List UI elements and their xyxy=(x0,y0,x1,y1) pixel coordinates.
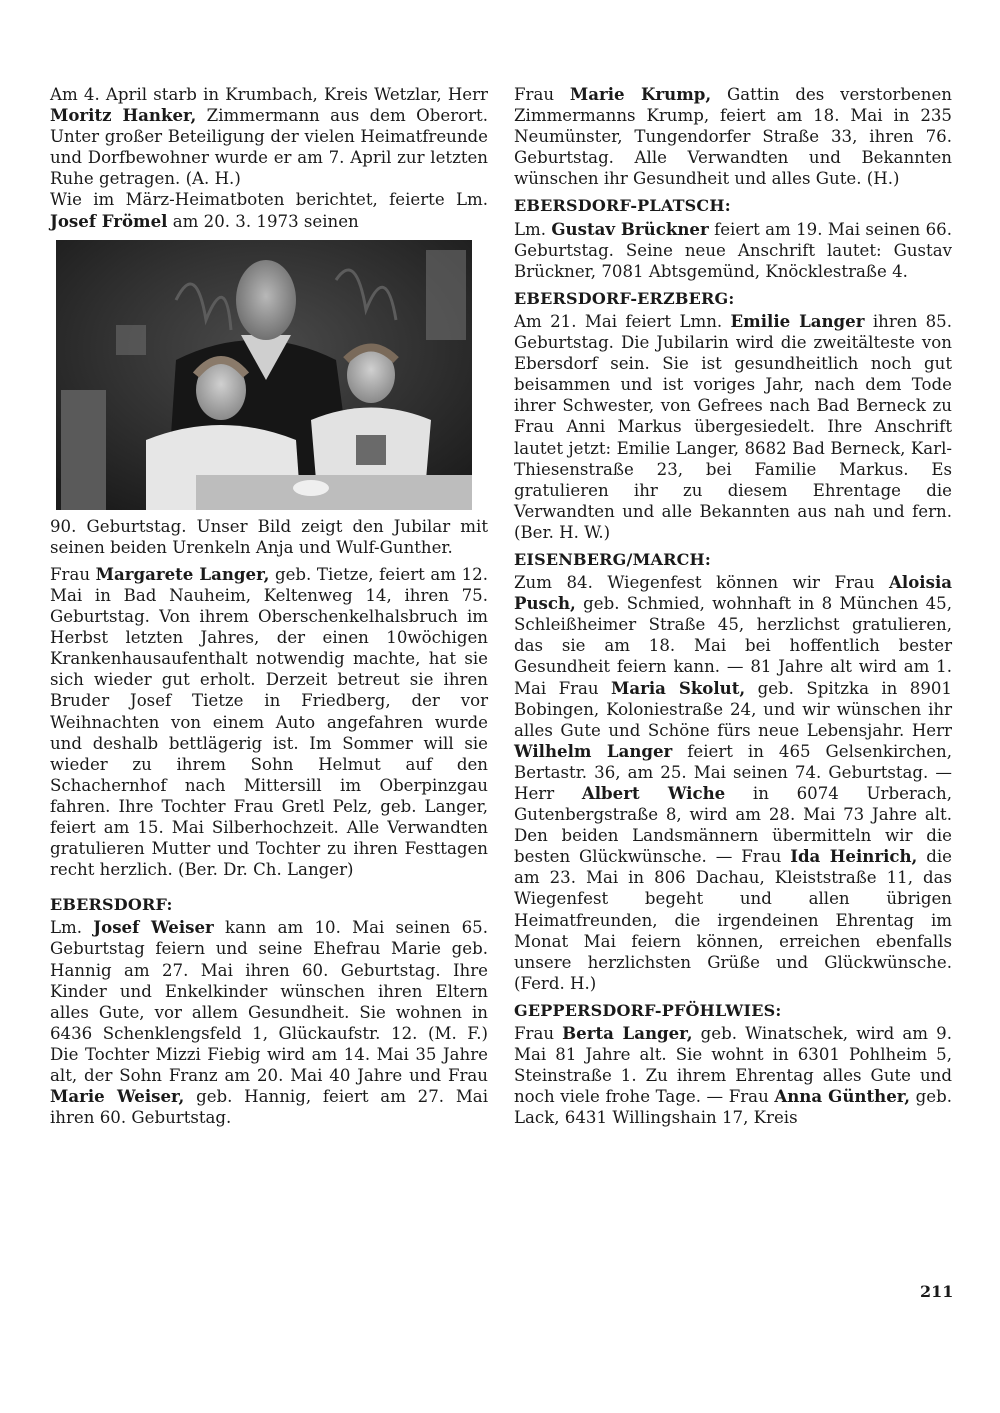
page-number: 211 xyxy=(920,1282,953,1301)
birthdays-geppersdorf: Frau Berta Langer, geb. Winatschek, wird… xyxy=(514,1023,952,1128)
left-column: Am 4. April starb in Krumbach, Kreis Wet… xyxy=(50,84,488,1128)
person-name: Albert Wiche xyxy=(582,783,725,803)
person-name: Marie Krump, xyxy=(570,84,711,104)
section-heading-ebersdorf-platsch: EBERSDORF-PLATSCH: xyxy=(514,195,952,216)
section-heading-ebersdorf-erzberg: EBERSDORF-ERZBERG: xyxy=(514,288,952,309)
section-heading-ebersdorf: EBERSDORF: xyxy=(50,894,488,915)
person-name: Anna Günther, xyxy=(774,1086,910,1106)
birthday-josef-weiser: Lm. Josef Weiser kann am 10. Mai seinen … xyxy=(50,917,488,1128)
jubilar-photo xyxy=(56,240,472,510)
person-name: Maria Skolut, xyxy=(611,678,745,698)
person-name: Ida Heinrich, xyxy=(790,846,917,866)
section-heading-eisenberg-march: EISENBERG/MARCH: xyxy=(514,549,952,570)
photo-image-icon xyxy=(56,240,472,510)
person-name: Moritz Hanker, xyxy=(50,105,196,125)
photo-caption: 90. Geburtstag. Unser Bild zeigt den Jub… xyxy=(50,516,488,558)
person-name: Josef Frömel xyxy=(50,211,167,231)
person-name: Berta Langer, xyxy=(562,1023,692,1043)
right-column: Frau Marie Krump, Gattin des verstorbene… xyxy=(514,84,952,1129)
person-name: Emilie Langer xyxy=(731,311,865,331)
birthdays-eisenberg: Zum 84. Wiegenfest können wir Frau Alois… xyxy=(514,572,952,994)
birthday-emilie-langer: Am 21. Mai feiert Lmn. Emilie Langer ihr… xyxy=(514,311,952,543)
person-name: Wilhelm Langer xyxy=(514,741,672,761)
birthday-marie-krump: Frau Marie Krump, Gattin des verstorbene… xyxy=(514,84,952,189)
person-name: Josef Weiser xyxy=(93,917,214,937)
birthday-froemel: Wie im März-Heimatboten berichtet, feier… xyxy=(50,189,488,231)
birthday-margarete-langer: Frau Margarete Langer, geb. Tietze, feie… xyxy=(50,564,488,880)
person-name: Gustav Brückner xyxy=(551,219,708,239)
obituary-hanker: Am 4. April starb in Krumbach, Kreis Wet… xyxy=(50,84,488,189)
person-name: Margarete Langer, xyxy=(96,564,270,584)
section-heading-geppersdorf-pfoehlwies: GEPPERSDORF-PFÖHLWIES: xyxy=(514,1000,952,1021)
person-name: Marie Weiser, xyxy=(50,1086,184,1106)
birthday-gustav-brueckner: Lm. Gustav Brückner feiert am 19. Mai se… xyxy=(514,219,952,282)
